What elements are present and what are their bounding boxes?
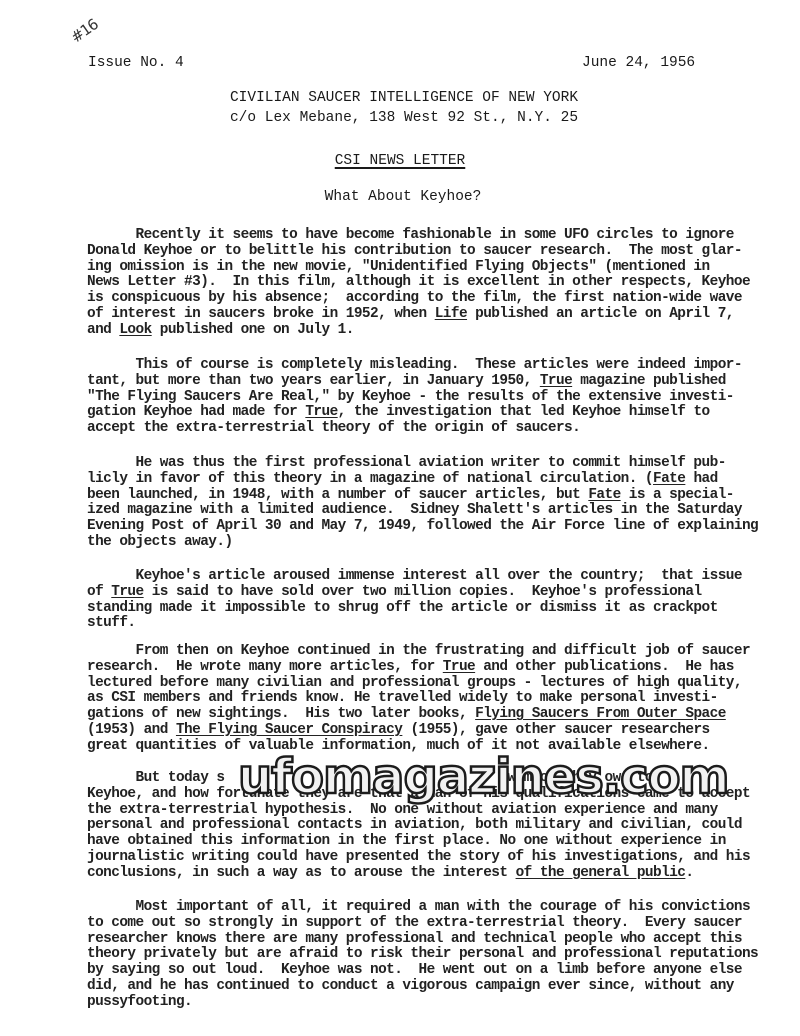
paragraph-line: News Letter #3). In this film, although … bbox=[87, 275, 787, 291]
paragraph-line: ing omission is in the new movie, "Unide… bbox=[87, 260, 787, 276]
paragraph-line: accept the extra-terrestrial theory of t… bbox=[87, 421, 787, 437]
paragraph-line: research. He wrote many more articles, f… bbox=[87, 660, 787, 676]
paragraph-line: conclusions, in such a way as to arouse … bbox=[87, 866, 787, 882]
paragraph-line: lectured before many civilian and profes… bbox=[87, 676, 787, 692]
paragraph-line: This of course is completely misleading.… bbox=[87, 358, 787, 374]
paragraph-line: to come out so strongly in support of th… bbox=[87, 916, 787, 932]
paragraph-line: theory privately but are afraid to risk … bbox=[87, 947, 787, 963]
paragraph: Keyhoe's article aroused immense interes… bbox=[87, 569, 787, 632]
paragraph-line: pussyfooting. bbox=[87, 995, 787, 1011]
paragraph-line: of True is said to have sold over two mi… bbox=[87, 585, 787, 601]
paragraph-line: Recently it seems to have become fashion… bbox=[87, 228, 787, 244]
paragraph: He was thus the first professional aviat… bbox=[87, 456, 787, 551]
paragraph-line: as CSI members and friends know. He trav… bbox=[87, 691, 787, 707]
organization-header: CIVILIAN SAUCER INTELLIGENCE OF NEW YORK… bbox=[0, 88, 800, 128]
paragraph-line: Keyhoe's article aroused immense interes… bbox=[87, 569, 787, 585]
paragraph-line: "The Flying Saucers Are Real," by Keyhoe… bbox=[87, 390, 787, 406]
paragraph-line: the objects away.) bbox=[87, 535, 787, 551]
paragraph-line: been launched, in 1948, with a number of… bbox=[87, 488, 787, 504]
paragraph-line: by saying so out loud. Keyhoe was not. H… bbox=[87, 963, 787, 979]
paragraph-line: have obtained this information in the fi… bbox=[87, 834, 787, 850]
paragraph: This of course is completely misleading.… bbox=[87, 358, 787, 437]
article-title: What About Keyhoe? bbox=[0, 189, 800, 205]
paragraph-line: From then on Keyhoe continued in the fru… bbox=[87, 644, 787, 660]
paragraph-line: stuff. bbox=[87, 616, 787, 632]
paragraph-line: standing made it impossible to shrug off… bbox=[87, 601, 787, 617]
paragraph-line: (1953) and The Flying Saucer Conspiracy … bbox=[87, 723, 787, 739]
paragraph-line: gations of new sightings. His two later … bbox=[87, 707, 787, 723]
paragraph-line: tant, but more than two years earlier, i… bbox=[87, 374, 787, 390]
watermark: ufomagazines.com bbox=[238, 752, 729, 802]
paragraph-line: Donald Keyhoe or to belittle his contrib… bbox=[87, 244, 787, 260]
organization-address: c/o Lex Mebane, 138 West 92 St., N.Y. 25 bbox=[0, 108, 800, 128]
paragraph: Most important of all, it required a man… bbox=[87, 900, 787, 1011]
handwritten-mark: #16 bbox=[67, 15, 101, 46]
paragraph-line: personal and professional contacts in av… bbox=[87, 818, 787, 834]
issue-date: June 24, 1956 bbox=[582, 55, 695, 71]
paragraph-line: Evening Post of April 30 and May 7, 1949… bbox=[87, 519, 787, 535]
paragraph-line: Most important of all, it required a man… bbox=[87, 900, 787, 916]
paragraph-line: He was thus the first professional aviat… bbox=[87, 456, 787, 472]
paragraph-line: and Look published one on July 1. bbox=[87, 323, 787, 339]
paragraph-line: gation Keyhoe had made for True, the inv… bbox=[87, 405, 787, 421]
paragraph-line: journalistic writing could have presente… bbox=[87, 850, 787, 866]
issue-number: Issue No. 4 bbox=[88, 55, 184, 71]
paragraph: From then on Keyhoe continued in the fru… bbox=[87, 644, 787, 755]
paragraph-line: did, and he has continued to conduct a v… bbox=[87, 979, 787, 995]
paragraph-line: ized magazine with a limited audience. S… bbox=[87, 503, 787, 519]
paragraph: Recently it seems to have become fashion… bbox=[87, 228, 787, 339]
paragraph-line: licly in favor of this theory in a magaz… bbox=[87, 472, 787, 488]
paragraph-line: is conspicuous by his absence; according… bbox=[87, 291, 787, 307]
paragraph-line: of interest in saucers broke in 1952, wh… bbox=[87, 307, 787, 323]
paragraph-line: researcher knows there are many professi… bbox=[87, 932, 787, 948]
newsletter-title: CSI NEWS LETTER bbox=[0, 153, 800, 169]
organization-name: CIVILIAN SAUCER INTELLIGENCE OF NEW YORK bbox=[0, 88, 800, 108]
newsletter-title-text: CSI NEWS LETTER bbox=[335, 153, 466, 169]
newsletter-page: #16 Issue No. 4 June 24, 1956 CIVILIAN S… bbox=[0, 0, 800, 1036]
